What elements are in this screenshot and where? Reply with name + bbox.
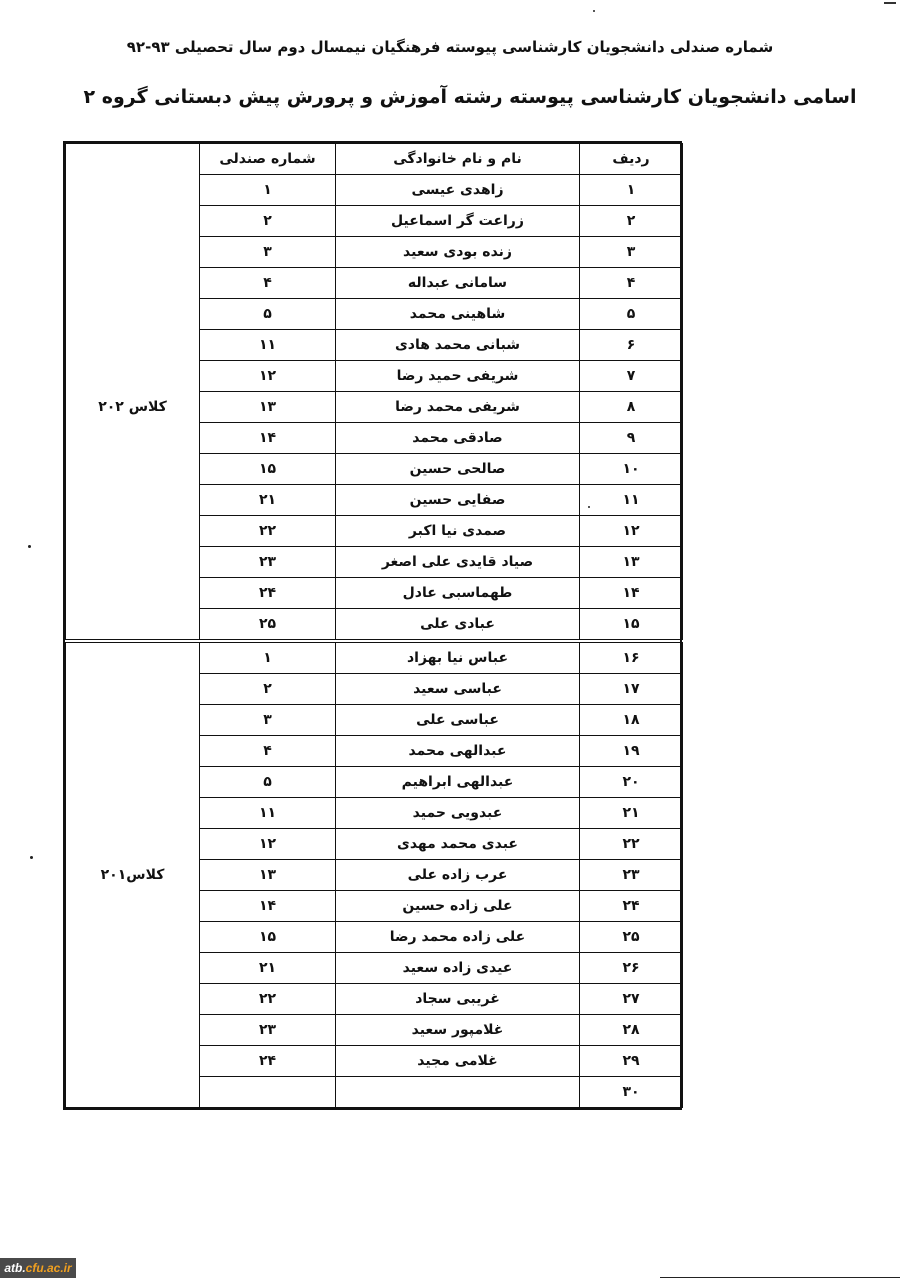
seat-number-cell: ۴ [200, 268, 336, 299]
class-label-cell: کلاس۲۰۱ [66, 641, 200, 1108]
scan-speck [593, 10, 595, 12]
row-number-cell: ۵ [580, 299, 683, 330]
full-name-cell: عیدی زاده سعید [336, 953, 580, 984]
scan-edge-line [660, 1277, 900, 1278]
full-name-cell: عبدالهی ابراهیم [336, 767, 580, 798]
full-name-cell: شریفی محمد رضا [336, 392, 580, 423]
full-name-cell: عبدالهی محمد [336, 736, 580, 767]
seat-number-cell: ۱۱ [200, 330, 336, 361]
seat-number-cell: ۱۲ [200, 829, 336, 860]
seat-number-cell: ۲۵ [200, 609, 336, 642]
scan-speck [30, 856, 33, 859]
full-name-cell: صفایی حسین [336, 485, 580, 516]
full-name-cell: عباسی علی [336, 705, 580, 736]
seat-number-cell: ۲ [200, 674, 336, 705]
row-number-cell: ۲۹ [580, 1046, 683, 1077]
seat-number-cell: ۱۴ [200, 423, 336, 454]
page-title-text: اسامی دانشجویان کارشناسی پیوسته رشته آمو… [84, 86, 857, 108]
row-number-cell: ۹ [580, 423, 683, 454]
row-number-cell: ۳۰ [580, 1077, 683, 1108]
seat-number-cell: ۲۱ [200, 485, 336, 516]
full-name-cell: علی زاده محمد رضا [336, 922, 580, 953]
full-name-cell: عبدویی حمید [336, 798, 580, 829]
header-row-number: ردیف [580, 144, 683, 175]
seat-number-cell: ۲۳ [200, 1015, 336, 1046]
seat-number-cell: ۱۴ [200, 891, 336, 922]
scan-speck [588, 506, 590, 508]
row-number-cell: ۱۱ [580, 485, 683, 516]
full-name-cell: عباس نیا بهزاد [336, 641, 580, 674]
full-name-cell: زاهدی عیسی [336, 175, 580, 206]
row-number-cell: ۸ [580, 392, 683, 423]
full-name-cell [336, 1077, 580, 1108]
full-name-cell: غریبی سجاد [336, 984, 580, 1015]
full-name-cell: عبادی علی [336, 609, 580, 642]
seat-number-cell: ۴ [200, 736, 336, 767]
row-number-cell: ۱۰ [580, 454, 683, 485]
seat-number-cell: ۱۳ [200, 392, 336, 423]
scan-speck [28, 545, 31, 548]
row-number-cell: ۱۹ [580, 736, 683, 767]
full-name-cell: زراعت گر اسماعیل [336, 206, 580, 237]
row-number-cell: ۲۴ [580, 891, 683, 922]
seat-number-cell: ۲۱ [200, 953, 336, 984]
seat-number-cell: ۵ [200, 767, 336, 798]
seat-number-cell: ۱۲ [200, 361, 336, 392]
scan-corner-mark [884, 2, 896, 4]
seat-number-cell: ۱۱ [200, 798, 336, 829]
seat-number-cell: ۵ [200, 299, 336, 330]
row-number-cell: ۲۵ [580, 922, 683, 953]
full-name-cell: عباسی سعید [336, 674, 580, 705]
seat-number-cell: ۲۳ [200, 547, 336, 578]
seating-table-container: ردیف نام و نام خانوادگی شماره صندلی ۱زاه… [63, 141, 682, 1110]
full-name-cell: شریفی حمید رضا [336, 361, 580, 392]
seat-number-cell: ۲ [200, 206, 336, 237]
seat-number-cell: ۲۲ [200, 516, 336, 547]
table-row: ۱زاهدی عیسی۱کلاس ۲۰۲ [66, 175, 683, 206]
watermark-prefix: atb. [4, 1261, 25, 1275]
full-name-cell: علی زاده حسین [336, 891, 580, 922]
seating-table: ردیف نام و نام خانوادگی شماره صندلی ۱زاه… [65, 143, 683, 1108]
full-name-cell: صمدی نیا اکبر [336, 516, 580, 547]
full-name-cell: سامانی عبداله [336, 268, 580, 299]
seat-number-cell: ۳ [200, 705, 336, 736]
row-number-cell: ۷ [580, 361, 683, 392]
row-number-cell: ۱۸ [580, 705, 683, 736]
seat-number-cell: ۱ [200, 641, 336, 674]
row-number-cell: ۲۸ [580, 1015, 683, 1046]
full-name-cell: عرب زاده علی [336, 860, 580, 891]
full-name-cell: زنده بودی سعید [336, 237, 580, 268]
seat-number-cell: ۲۴ [200, 1046, 336, 1077]
full-name-cell: عبدی محمد مهدی [336, 829, 580, 860]
seat-number-cell: ۳ [200, 237, 336, 268]
full-name-cell: شاهینی محمد [336, 299, 580, 330]
seat-number-cell: ۲۲ [200, 984, 336, 1015]
page-title: اسامی دانشجویان کارشناسی پیوسته رشته آمو… [0, 86, 900, 108]
seat-number-cell: ۱ [200, 175, 336, 206]
full-name-cell: صادقی محمد [336, 423, 580, 454]
row-number-cell: ۲۰ [580, 767, 683, 798]
row-number-cell: ۲۱ [580, 798, 683, 829]
row-number-cell: ۱۶ [580, 641, 683, 674]
row-number-cell: ۲ [580, 206, 683, 237]
full-name-cell: شبانی محمد هادی [336, 330, 580, 361]
header-seat-number: شماره صندلی [200, 144, 336, 175]
seat-number-cell: ۲۴ [200, 578, 336, 609]
row-number-cell: ۱۷ [580, 674, 683, 705]
seat-number-cell: ۱۵ [200, 922, 336, 953]
row-number-cell: ۴ [580, 268, 683, 299]
row-number-cell: ۱ [580, 175, 683, 206]
full-name-cell: صیاد قایدی علی اصغر [336, 547, 580, 578]
row-number-cell: ۲۲ [580, 829, 683, 860]
row-number-cell: ۶ [580, 330, 683, 361]
seat-number-cell: ۱۳ [200, 860, 336, 891]
full-name-cell: طهماسبی عادل [336, 578, 580, 609]
header-full-name: نام و نام خانوادگی [336, 144, 580, 175]
table-body: ۱زاهدی عیسی۱کلاس ۲۰۲۲زراعت گر اسماعیل۲۳ز… [66, 175, 683, 1108]
full-name-cell: صالحی حسین [336, 454, 580, 485]
row-number-cell: ۲۷ [580, 984, 683, 1015]
full-name-cell: غلامی مجید [336, 1046, 580, 1077]
row-number-cell: ۱۴ [580, 578, 683, 609]
row-number-cell: ۱۳ [580, 547, 683, 578]
class-label-cell: کلاس ۲۰۲ [66, 175, 200, 642]
full-name-cell: غلامپور سعید [336, 1015, 580, 1046]
row-number-cell: ۳ [580, 237, 683, 268]
page-subtitle: شماره صندلی دانشجویان کارشناسی پیوسته فر… [0, 38, 900, 56]
row-number-cell: ۱۵ [580, 609, 683, 642]
seat-number-cell [200, 1077, 336, 1108]
row-number-cell: ۲۳ [580, 860, 683, 891]
row-number-cell: ۲۶ [580, 953, 683, 984]
watermark-domain: cfu.ac.ir [26, 1261, 72, 1275]
site-watermark[interactable]: atb.cfu.ac.ir [0, 1258, 76, 1278]
header-class [66, 144, 200, 175]
seat-number-cell: ۱۵ [200, 454, 336, 485]
table-header-row: ردیف نام و نام خانوادگی شماره صندلی [66, 144, 683, 175]
table-row: ۱۶عباس نیا بهزاد۱کلاس۲۰۱ [66, 641, 683, 674]
row-number-cell: ۱۲ [580, 516, 683, 547]
